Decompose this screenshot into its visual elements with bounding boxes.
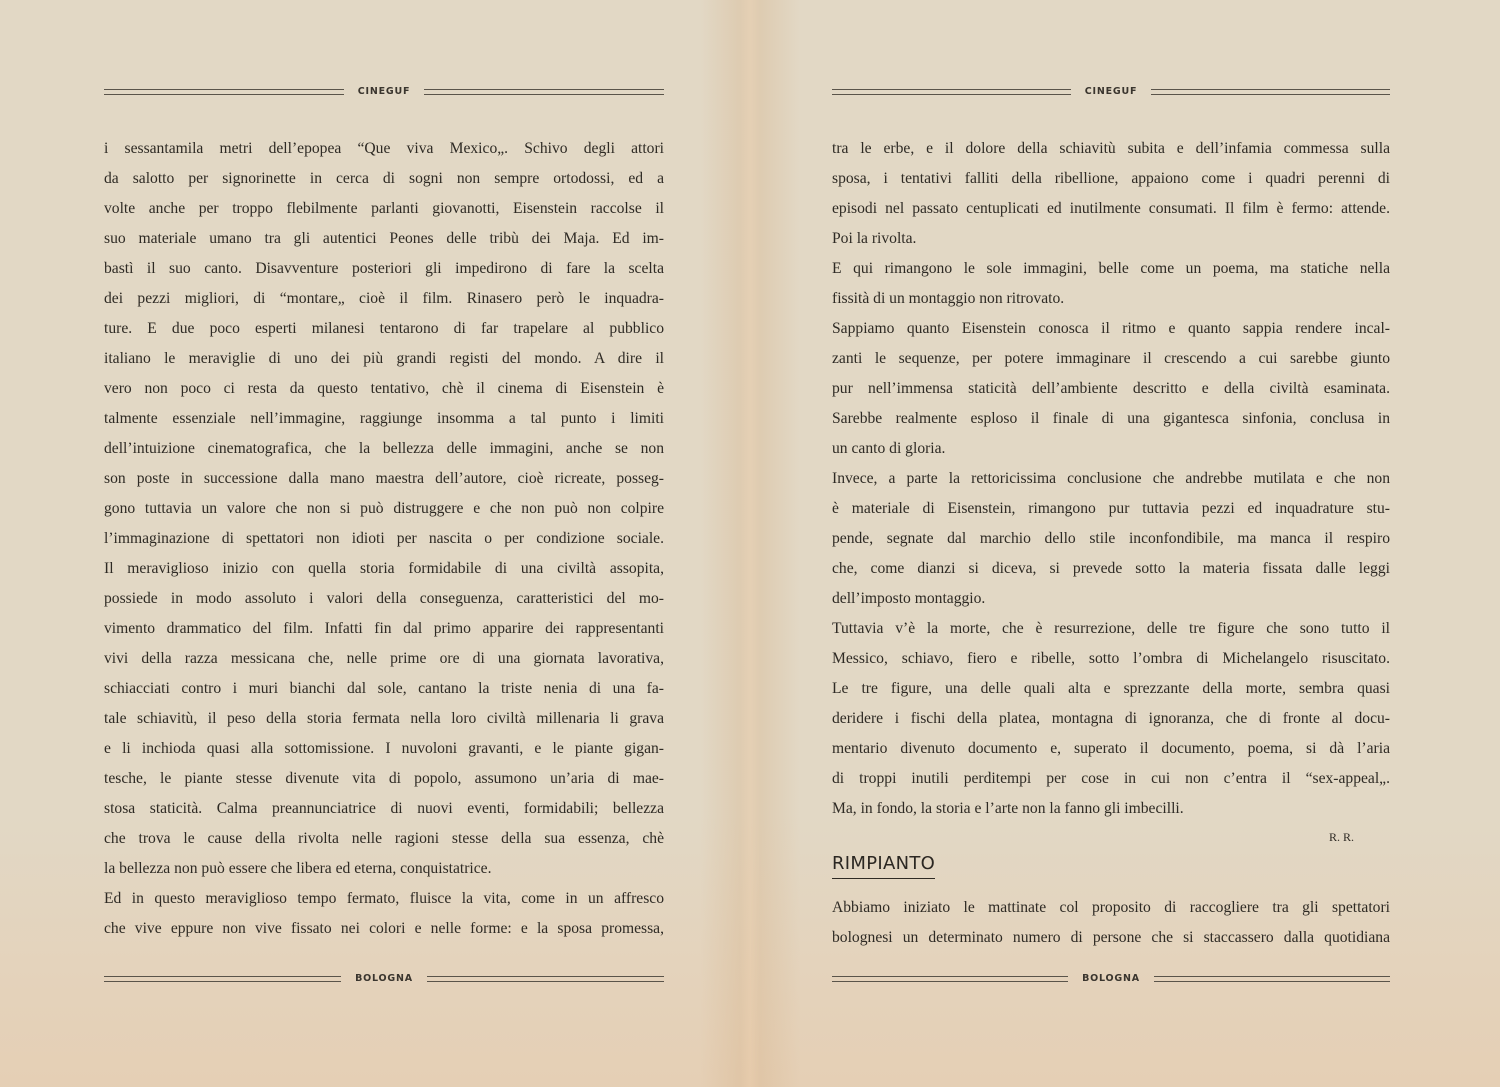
text-line: dei pezzi migliori, di “montare„ cioè il…	[104, 284, 664, 314]
section-rimpianto: RIMPIANTO Abbiamo iniziato le mattinate …	[832, 850, 1390, 953]
text-line: che trova le cause della rivolta nelle r…	[104, 824, 664, 854]
section-title: RIMPIANTO	[832, 853, 935, 879]
footer-label: BOLOGNA	[1082, 973, 1140, 984]
double-rule	[104, 976, 341, 982]
text-line: son poste in successione dalla mano maes…	[104, 464, 664, 494]
left-page: CINEGUF i sessantamila metri dell’epopea…	[104, 0, 664, 1087]
text-line: possiede in modo assoluto i valori della…	[104, 584, 664, 614]
right-running-footer: BOLOGNA	[832, 973, 1390, 984]
text-line: vivi della razza messicana che, nelle pr…	[104, 644, 664, 674]
text-line: vero non poco ci resta da questo tentati…	[104, 374, 664, 404]
text-line: volte anche per troppo flebilmente parla…	[104, 194, 664, 224]
text-line: i sessantamila metri dell’epopea “Que vi…	[104, 134, 664, 164]
text-line: bastì il suo canto. Disavventure posteri…	[104, 254, 664, 284]
text-line: Tuttavia v’è la morte, che è resurrezion…	[832, 614, 1390, 644]
text-line: E qui rimangono le sole immagini, belle …	[832, 254, 1390, 284]
text-line: che vive eppure non vive fissato nei col…	[104, 914, 664, 944]
right-body-text: tra le erbe, e il dolore della schiavitù…	[832, 134, 1390, 953]
text-line: Ed in questo meraviglioso tempo fermato,…	[104, 884, 664, 914]
left-running-footer: BOLOGNA	[104, 973, 664, 984]
text-line: schiacciati contro i muri bianchi dal so…	[104, 674, 664, 704]
text-line: suo materiale umano tra gli autentici Pe…	[104, 224, 664, 254]
text-line: bolognesi un determinato numero di perso…	[832, 923, 1390, 953]
text-line: tale schiavitù, il peso della storia fer…	[104, 704, 664, 734]
text-line: è materiale di Eisenstein, rimangono pur…	[832, 494, 1390, 524]
text-line: Poi la rivolta.	[832, 224, 1390, 254]
text-line: dell’imposto montaggio.	[832, 584, 1390, 614]
text-line: gono tuttavia un valore che non si può d…	[104, 494, 664, 524]
text-line: sposa, i tentativi falliti della ribelli…	[832, 164, 1390, 194]
text-line: Sarebbe realmente esploso il finale di u…	[832, 404, 1390, 434]
right-page: CINEGUF tra le erbe, e il dolore della s…	[832, 0, 1390, 1087]
text-line: pende, segnate dal marchio dello stile i…	[832, 524, 1390, 554]
double-rule	[104, 89, 344, 95]
text-line: Messico, schiavo, fiero e ribelle, sotto…	[832, 644, 1390, 674]
text-line: da salotto per signorinette in cerca di …	[104, 164, 664, 194]
left-running-header: CINEGUF	[104, 86, 664, 97]
double-rule	[427, 976, 664, 982]
double-rule	[1154, 976, 1390, 982]
text-line: deridere i fischi della platea, montagna…	[832, 704, 1390, 734]
text-line: talmente essenziale nell’immagine, raggi…	[104, 404, 664, 434]
text-line: Invece, a parte la rettoricissima conclu…	[832, 464, 1390, 494]
text-line: tesche, le piante stesse divenute vita d…	[104, 764, 664, 794]
text-line: vimento drammatico del film. Infatti fin…	[104, 614, 664, 644]
section-body: Abbiamo iniziato le mattinate col propos…	[832, 893, 1390, 953]
right-running-header: CINEGUF	[832, 86, 1390, 97]
left-body-text: i sessantamila metri dell’epopea “Que vi…	[104, 134, 664, 944]
text-line: un canto di gloria.	[832, 434, 1390, 464]
text-line: Le tre figure, una delle quali alta e sp…	[832, 674, 1390, 704]
text-line: pur nell’immensa staticità dell’ambiente…	[832, 374, 1390, 404]
magazine-spread: CINEGUF i sessantamila metri dell’epopea…	[0, 0, 1500, 1087]
text-line: dell’intuizione cinematografica, che la …	[104, 434, 664, 464]
text-line: stosa staticità. Calma preannunciatrice …	[104, 794, 664, 824]
header-label: CINEGUF	[1085, 86, 1138, 97]
double-rule	[832, 89, 1071, 95]
text-line: Abbiamo iniziato le mattinate col propos…	[832, 893, 1390, 923]
text-line: ture. E due poco esperti milanesi tentar…	[104, 314, 664, 344]
text-line: e li inchioda quasi alla sottomissione. …	[104, 734, 664, 764]
text-line: italiano le meraviglie di uno dei più gr…	[104, 344, 664, 374]
text-line: Ma, in fondo, la storia e l’arte non la …	[832, 794, 1390, 824]
text-line: mentario divenuto documento e, superato …	[832, 734, 1390, 764]
text-line: episodi nel passato centuplicati ed inut…	[832, 194, 1390, 224]
article-continuation: tra le erbe, e il dolore della schiavitù…	[832, 134, 1390, 824]
text-line: l’immaginazione di spettatori non idioti…	[104, 524, 664, 554]
author-signature: R. R.	[832, 824, 1390, 850]
double-rule	[1151, 89, 1390, 95]
text-line: che, come dianzi si diceva, si prevede s…	[832, 554, 1390, 584]
text-line: la bellezza non può essere che libera ed…	[104, 854, 664, 884]
text-line: fissità di un montaggio non ritrovato.	[832, 284, 1390, 314]
text-line: tra le erbe, e il dolore della schiavitù…	[832, 134, 1390, 164]
header-label: CINEGUF	[358, 86, 411, 97]
text-line: di troppi inutili perditempi per cose in…	[832, 764, 1390, 794]
text-line: zanti le sequenze, per potere immaginare…	[832, 344, 1390, 374]
text-line: Il meraviglioso inizio con quella storia…	[104, 554, 664, 584]
footer-label: BOLOGNA	[355, 973, 413, 984]
double-rule	[424, 89, 664, 95]
text-line: Sappiamo quanto Eisenstein conosca il ri…	[832, 314, 1390, 344]
double-rule	[832, 976, 1068, 982]
